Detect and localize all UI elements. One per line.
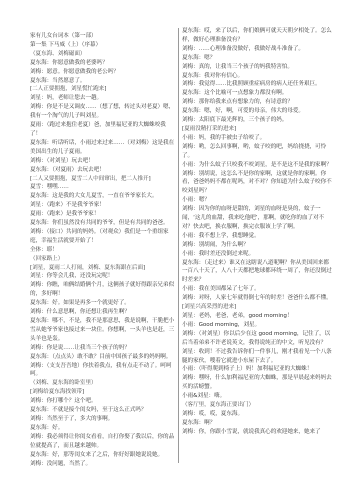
dialog-line: 夏东海：嗯，好，啊，可爱的母亲，伟大的母爱。 (182, 107, 332, 116)
dialog-line: 夏东海：好。如果是再多一个就更好了。 (30, 299, 176, 308)
dialog-line: 夏雨：（跑来）是我爷爷家！ (30, 210, 176, 219)
dialog-line: 刘梅：哎，哎，夏东海。 (182, 410, 332, 419)
dialog-line: 刘梅：……心理准备没做好，我做好战斗准备了。 (182, 45, 332, 54)
dialog-line: 刘梅：太阳底下最光辉的，三个孩子的妈。 (182, 116, 332, 125)
dialog-line: 刘梅：因为你的血呀是甜的，刘星的血呀是臭的，蚊子一闻，‘这儿的血甜，我来吃他吧’… (182, 205, 332, 232)
dialog-line: 夏雪：嘿嘿…… (30, 183, 176, 192)
dialog-line: 夏东海：啊？ (182, 419, 332, 428)
doc-title: 家有儿女台词本（第一部） (30, 32, 176, 41)
dialog-line: 刘梅：当然至于了，多大的事啊。 (30, 415, 176, 424)
stage-direction: [刘星兴高采烈的进来] (182, 303, 332, 312)
stage-direction: （回家路上） (30, 255, 176, 264)
dialog-line: 小雨：嗯？ (182, 196, 332, 205)
stage-direction: [夏雨没精打采的进来] (182, 125, 332, 134)
dialog-line: 刘梅：你是说……让我当三个孩子的妈？ (30, 344, 176, 353)
dialog-line: 小雨：我时差还没倒过来呢。 (182, 250, 332, 259)
dialog-line: 刘梅：没问题，当然了。 (30, 460, 176, 469)
dialog-line: 刘梅：你是不是又调皮……（想了想，转过头对老夏）嗯，我有一个淘气的儿子叫刘星。 (30, 103, 176, 121)
dialog-line: 刘星：（跑来）不是我爷爷家！ (30, 201, 176, 210)
dialog-line: 刘梅：别胡闹，为什么啊？ (182, 241, 332, 250)
dialog-line: 夏东海：我对你有信心。 (182, 72, 332, 81)
stage-direction: [刘梅给夏东海找领带] (30, 388, 176, 397)
dialog-line: 刘梅：你，你跟小雪说，就说我真心的欢迎她来，她来了 (182, 428, 332, 437)
dialog-line: 夏东海：（对夏雨）去玩去吧！ (30, 166, 176, 175)
stage-direction: [二人又要拥抱，夏雪二人中间窜出，把二人推开] (30, 175, 176, 184)
dialog-line: 小雨：我不想上学，我想睡觉。 (182, 232, 332, 241)
dialog-line: 刘梅：你打哪个？这个吧。 (30, 397, 176, 406)
dialog-line: 刘梅：别胡说，这怎么不是你的家啊，这就是你的家啊。你看，爸爸妈妈不都在呢吗，对不… (182, 170, 332, 197)
dialog-line: 全体：耶！ (30, 246, 176, 255)
stage-direction: （刘梅、夏东海的卧室里） (30, 379, 176, 388)
dialog-line: 夏东海：（点点头）敢不敢？目前中国孩子最多的妈妈啊。 (30, 353, 176, 362)
dialog-line: 夏东海：这个比喻可一点想象力都没有啊。 (182, 89, 332, 98)
dialog-line: 夏东海：好。 (30, 424, 176, 433)
dialog-line: 夏东海：这是我的大女儿夏雪，一直在爷爷家长大。 (30, 192, 176, 201)
dialog-line: 夏东海：你们虽然没有共同的爷爷，但是有共同的爸爸。 (30, 219, 176, 228)
dialog-line: 夏东海：哎，来了以后，你们娘俩可就天天朝夕相处了。怎么样，做好心理准备没有？ (182, 27, 332, 45)
stage-direction: [二人正要拥抱，刘星慌忙跑来] (30, 85, 176, 94)
left-column: 家有儿女台词本（第一部） 第一集 下马威（上）（序幕） （夏东海、刘梅磁面） 夏… (30, 32, 176, 468)
dialog-line: 刘梅：我必须得让你闺女看看，自打你娶了我以后，你的品位就提高了，而且越来越帅。 (30, 433, 176, 451)
dialog-line: 刘梅：（支支吾吾地）你扶着我点，我有点走不动了。呵呵呵。 (30, 362, 176, 380)
dialog-line: 夏东海：好，那等闺女来了之后，你好好跟她说说她。 (30, 451, 176, 460)
dialog-line: 夏东海：嗯？ (182, 54, 332, 63)
dialog-line: 小雨：（吓得爬到椅子上）妈！加利福尼亚的大蜘蛛！ (182, 365, 332, 374)
dialog-line: 刘梅：对呀，人家七年就得倒七年的时差！爸爸什么都不懂。 (182, 294, 332, 303)
dialog-line: 刘梅：（对刘星）你以后少在这 good morning，记住了，以后当着弟弟不许… (182, 330, 332, 348)
dialog-line: 小雨：妈，我的手被虫子给咬了。 (182, 134, 332, 143)
dialog-line: 小雨：Good morning，刘星。 (182, 321, 332, 330)
dialog-line: 刘梅：真的，让我当三个孩子的妈我特害怕。 (182, 63, 332, 72)
dialog-line: 刘星：收到！不过我告诉你们一件事儿，刚才我看见一个八条腿的家伙，嗖着它就进小东屋… (182, 348, 332, 366)
dialog-line: 刘星：老妈，老爸，老弟，good morning！ (182, 312, 332, 321)
dialog-line: 刘星：妈，老师让您去一趟。 (30, 94, 176, 103)
stage-direction: [刘星，夏雨二人打闹，刘梅、夏东海跟在后面] (30, 264, 176, 273)
dialog-line: 刘星：你等会儿我，还没玩完呢！ (30, 272, 176, 281)
episode-title: 第一集 下马威（上）（序幕） (30, 41, 176, 50)
dialog-line: 刘梅：嘿呀，什么加利福尼亚的大蜘蛛，那是早晨起来妈妈去买的活螃蟹。 (182, 374, 332, 392)
dialog-line: 小雨：我在美国都呆了七年了。 (182, 285, 332, 294)
dialog-line: 刘梅：什么意思啊，你还想让我再生啊？ (30, 308, 176, 317)
right-column: 夏东海：哎，来了以后，你们娘俩可就天天朝夕相处了。怎么样，做好心理准备没有？ 刘… (182, 27, 332, 437)
dialog-line: 夏东海：你愿意做我的老婆吗？ (30, 59, 176, 68)
dialog-line: 夏东海：哪不，不是，我不是那意思，我是说啊，干脆把小雪从她爷爷家也接过来一块住。… (30, 317, 176, 344)
stage-direction: （夏东海、刘梅磁面） (30, 50, 176, 59)
dialog-line: 夏东海：（走过来）谁又在这瞎说八道呢啊？你从美国回来都一百八十天了，人八十天都把… (182, 259, 332, 286)
dialog-line: 刘梅：哟，怎么回事啊，哟，蚊子咬的吧，妈给挠挠，可怜了。 (182, 143, 332, 161)
dialog-line: 夏东海：听话听话，小雨过来过来……（对刘梅）这是我在美国出生的儿子夏雨。 (30, 139, 176, 157)
dialog-line: 夏东海：不就是接个闺女吗，至于这么正式吗？ (30, 406, 176, 415)
dialog-line: 刘梅：愿意。你愿意做我的老公吗？ (30, 68, 176, 77)
dialog-line: 刘梅：你瞧，咱俩结婚俩个月，这俩孩子就好得跟亲兄弟似的，多好啊！ (30, 281, 176, 299)
dialog-line: 刘梅：（接口）共同的妈妈。（对观众）我们是一个重组家庭，幸福生活就要开始了！ (30, 228, 176, 246)
dialog-line: 小雨&刘星：嗨。 (182, 392, 332, 401)
dialog-line: 小雨：为什么蚊子只咬我不咬刘星，是不是这不是我的家啊？ (182, 161, 332, 170)
dialog-line: 刘梅：（对刘星）玩去吧！ (30, 157, 176, 166)
column-divider (178, 28, 179, 463)
stage-direction: （客厅里，夏东海正要出门） (182, 401, 332, 410)
dialog-line: 刘梅：那你给我来点有想象力的，有诗意的？ (182, 98, 332, 107)
dialog-line: 夏雨：（跑过来抱住老夏）爸，加里福尼亚的大蜘蛛咬我了！ (30, 121, 176, 139)
dialog-line: 夏东海：当然愿意了。 (30, 77, 176, 86)
dialog-line: 刘梅：我觉得……比我照顾重症病房的病人还任务艰巨。 (182, 80, 332, 89)
